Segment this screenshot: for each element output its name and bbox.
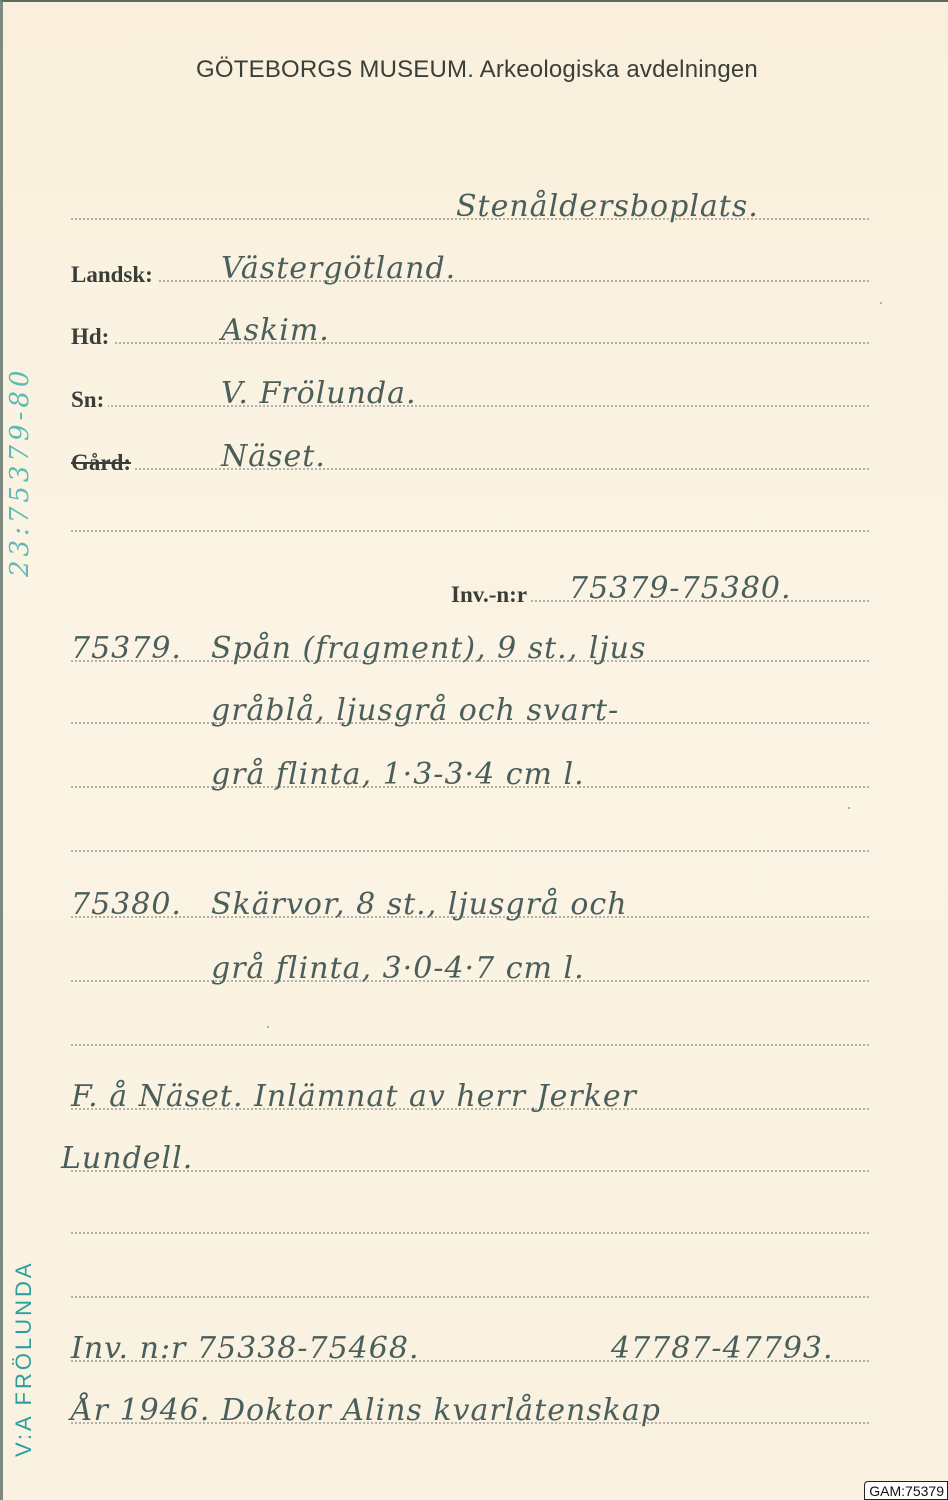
- entry-text: Skärvor, 8 st., ljusgrå och: [211, 887, 628, 922]
- entry-text: grå flinta, 3·0-4·7 cm l.: [211, 951, 585, 986]
- inventory-value: 75379-75380.: [569, 571, 792, 606]
- entry-number: 75380.: [71, 887, 182, 922]
- dotted-line: [71, 530, 869, 532]
- inventory-row: Inv.-n:r 75379-75380.: [451, 552, 869, 602]
- field-gard: Gård: Näset.: [71, 420, 869, 470]
- field-value-landsk: Västergötland.: [221, 251, 456, 286]
- margin-handwritten-reference: 23:75379-80: [5, 367, 35, 577]
- field-label-sn: Sn:: [71, 387, 108, 413]
- empty-row: [71, 1248, 869, 1298]
- entry-text: gråblå, ljusgrå och svart-: [211, 693, 619, 728]
- footer-secondary-range: 47787-47793.: [611, 1331, 834, 1366]
- field-landsk: Landsk: Västergötland.: [71, 232, 869, 282]
- empty-row: [71, 802, 869, 852]
- dotted-line: [71, 1232, 869, 1234]
- field-value-gard: Näset.: [221, 439, 326, 474]
- category-value: Stenåldersboplats.: [456, 189, 759, 224]
- dotted-line: [71, 280, 869, 282]
- entry-75379-line-2: gråblå, ljusgrå och svart-: [71, 674, 869, 724]
- footer-line-1: Inv. n:r 75338-75468. 47787-47793.: [71, 1312, 869, 1362]
- dotted-line: [71, 342, 869, 344]
- entry-number: 75379.: [71, 631, 182, 666]
- field-label-landsk: Landsk:: [71, 262, 157, 288]
- dotted-line: [71, 468, 869, 470]
- catalog-id-label: GAM:75379: [864, 1481, 948, 1500]
- notes-line-2: Lundell.: [71, 1122, 869, 1172]
- margin-location-stamp: V:A FRÖLUNDA: [11, 1260, 37, 1457]
- category-row: Stenåldersboplats.: [71, 170, 869, 220]
- paper-speck: [880, 302, 882, 304]
- inventory-label: Inv.-n:r: [451, 582, 531, 608]
- dotted-line: [71, 1296, 869, 1298]
- field-value-hd: Askim.: [221, 313, 330, 348]
- catalog-card: GÖTEBORGS MUSEUM. Arkeologiska avdelning…: [0, 0, 948, 1500]
- dotted-line: [71, 405, 869, 407]
- empty-row: [71, 996, 869, 1046]
- entry-text: grå flinta, 1·3-3·4 cm l.: [211, 757, 585, 792]
- notes-line-1: F. å Näset. Inlämnat av herr Jerker: [71, 1060, 869, 1110]
- paper-speck: [267, 1026, 269, 1028]
- museum-header: GÖTEBORGS MUSEUM. Arkeologiska avdelning…: [3, 56, 948, 84]
- field-hd: Hd: Askim.: [71, 294, 869, 344]
- entry-75379-line-1: 75379. Spån (fragment), 9 st., ljus: [71, 612, 869, 662]
- field-label-hd: Hd:: [71, 324, 113, 350]
- field-sn: Sn: V. Frölunda.: [71, 357, 869, 407]
- notes-text: Lundell.: [61, 1141, 193, 1176]
- entry-75380-line-2: grå flinta, 3·0-4·7 cm l.: [71, 932, 869, 982]
- notes-text: F. å Näset. Inlämnat av herr Jerker: [71, 1079, 637, 1114]
- footer-line-2: År 1946. Doktor Alins kvarlåtenskap: [71, 1374, 869, 1424]
- entry-75379-line-3: grå flinta, 1·3-3·4 cm l.: [71, 738, 869, 788]
- entry-75380-line-1: 75380. Skärvor, 8 st., ljusgrå och: [71, 868, 869, 918]
- footer-provenance: År 1946. Doktor Alins kvarlåtenskap: [71, 1393, 661, 1428]
- field-label-gard: Gård:: [71, 450, 135, 476]
- field-value-sn: V. Frölunda.: [221, 376, 417, 411]
- dotted-line: [71, 1044, 869, 1046]
- dotted-line: [71, 850, 869, 852]
- footer-inventory-range: Inv. n:r 75338-75468.: [71, 1331, 419, 1366]
- paper-speck: [848, 807, 850, 809]
- empty-row: [71, 482, 869, 532]
- empty-row: [71, 1184, 869, 1234]
- entry-text: Spån (fragment), 9 st., ljus: [211, 631, 646, 666]
